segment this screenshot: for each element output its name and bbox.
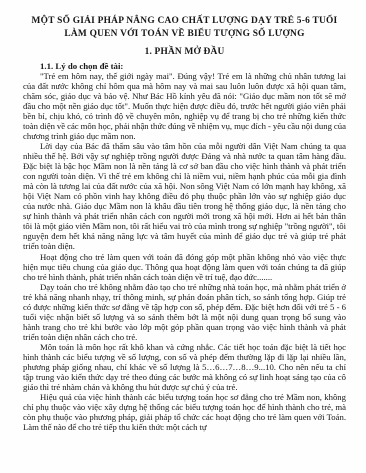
- paragraph-math-activity-goal: Hoạt động cho trẻ làm quen với toán đã đ…: [23, 252, 346, 282]
- paragraph-intro-quote: "Trẻ em hôm nay, thế giới ngày mai". Đún…: [23, 71, 346, 141]
- doc-title-line-1: MỘT SỐ GIẢI PHÁP NÂNG CAO CHẤT LƯỢNG DẠY…: [23, 15, 346, 28]
- doc-title: MỘT SỐ GIẢI PHÁP NÂNG CAO CHẤT LƯỢNG DẠY…: [23, 15, 346, 40]
- paragraph-bac-ho-teaching: Lời dạy của Bác đã thấm sâu vào tâm hồn …: [23, 141, 346, 252]
- document-page: MỘT SỐ GIẢI PHÁP NÂNG CAO CHẤT LƯỢNG DẠY…: [0, 0, 366, 473]
- paragraph-teaching-math-purpose: Dạy toán cho trẻ không nhằm đào tạo cho …: [23, 282, 346, 342]
- paragraph-effectiveness: Hiệu quả của việc hình thành các biểu tư…: [23, 392, 346, 432]
- paragraph-math-dry-subject: Môn toán là môn học rất khô khan và cứng…: [23, 342, 346, 392]
- doc-title-line-2: LÀM QUEN VỚI TOÁN VỀ BIỂU TƯỢNG SỐ LƯỢNG: [23, 28, 346, 41]
- section-heading: 1. PHẦN MỞ ĐẦU: [23, 47, 346, 58]
- subsection-heading: 1.1. Lý do chọn đề tài:: [23, 61, 346, 71]
